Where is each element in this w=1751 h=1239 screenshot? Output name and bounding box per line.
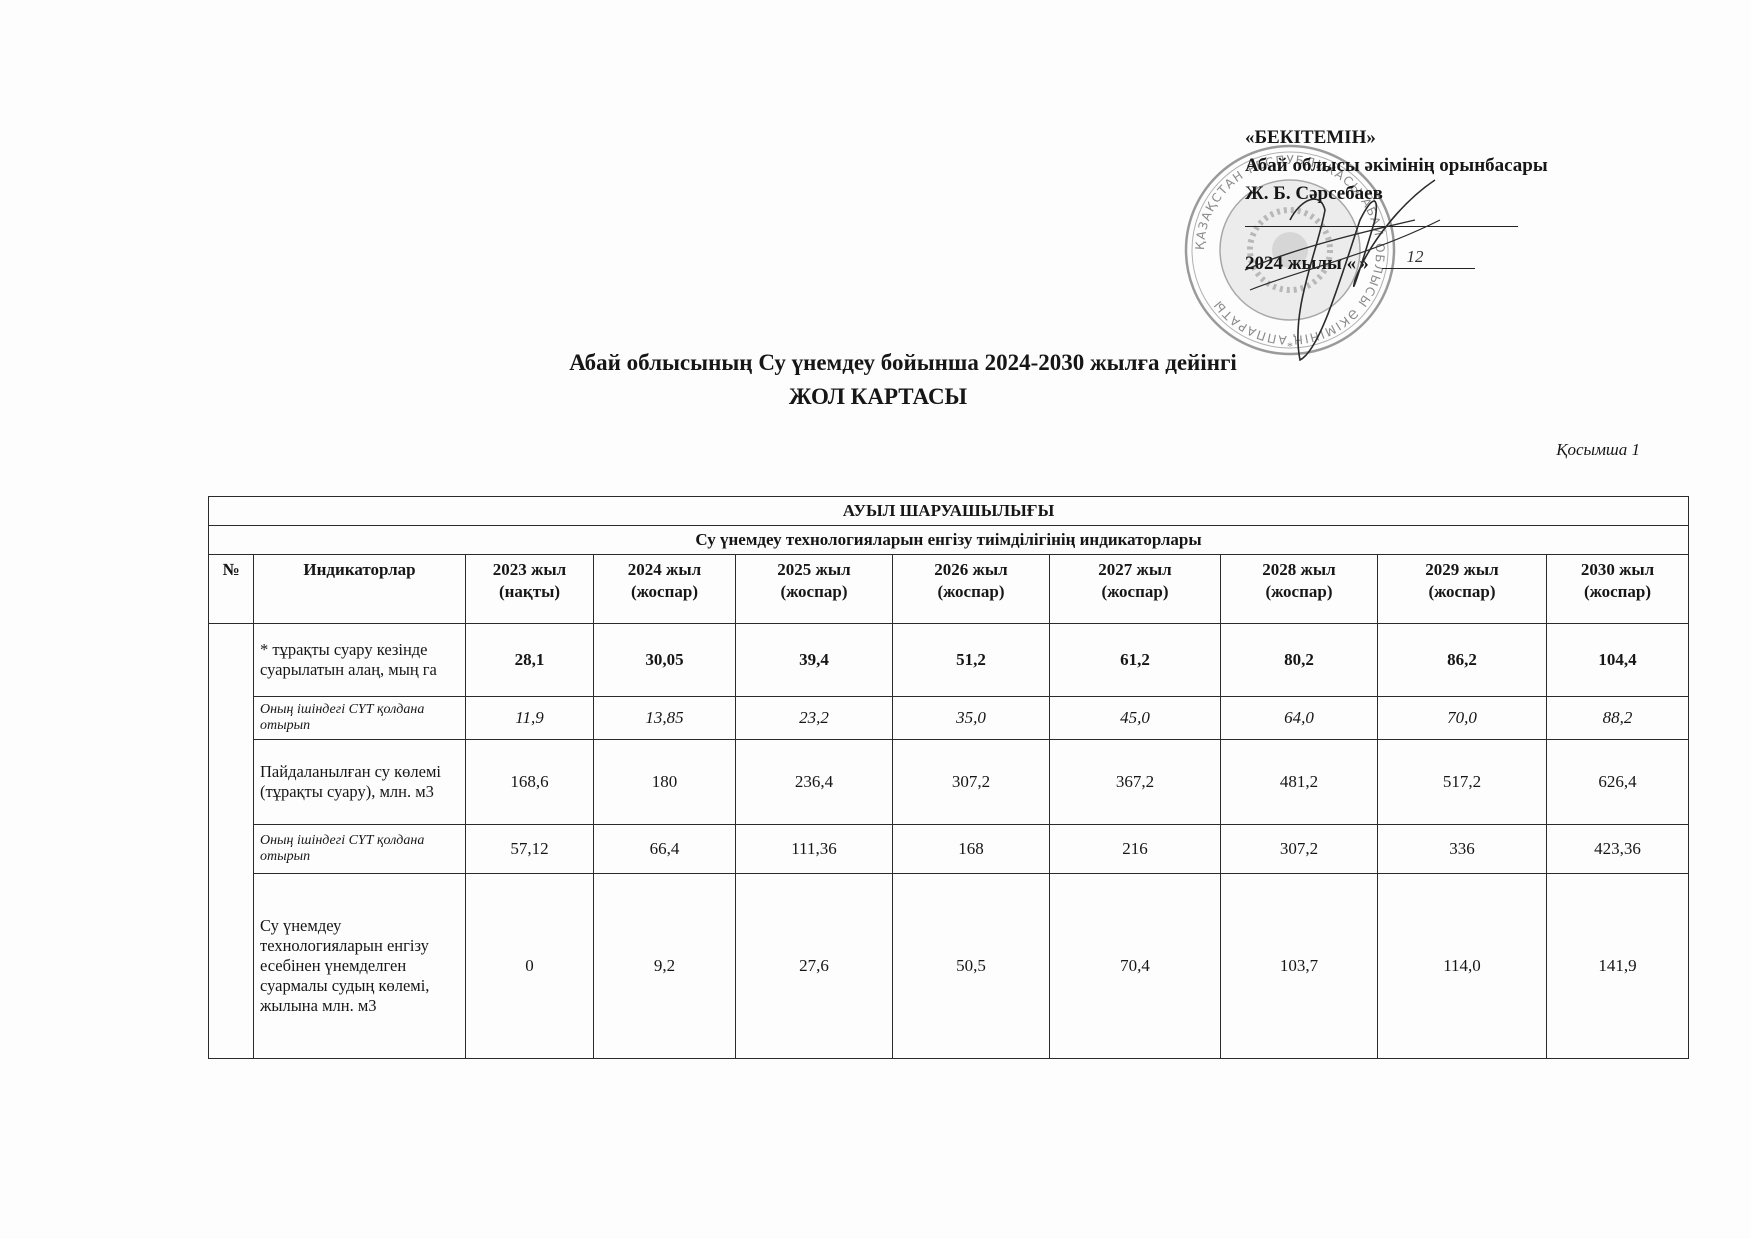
annex-label: Қосымша 1 [1556,440,1640,460]
section-heading: АУЫЛ ШАРУАШЫЛЫҒЫ [209,497,1689,526]
value-cell: 0 [466,874,594,1059]
value-cell: 307,2 [1221,825,1378,874]
value-cell: 70,4 [1050,874,1221,1059]
approval-date: 2024 жылы « » 12 [1245,250,1475,275]
value-cell: 423,36 [1547,825,1689,874]
value-cell: 114,0 [1378,874,1547,1059]
header-row: № Индикаторлар 2023 жыл(нақты) 2024 жыл(… [209,555,1689,624]
value-cell: 104,4 [1547,624,1689,697]
date-month-blank: 12 [1382,250,1475,269]
indicator-cell: Оның ішіндегі СҮТ қолдана отырып [254,825,466,874]
header-year: 2030 жыл(жоспар) [1547,555,1689,624]
value-cell: 168,6 [466,740,594,825]
approver-name: Ж. Б. Сәрсебаев [1245,180,1535,208]
value-cell: 61,2 [1050,624,1221,697]
value-cell: 27,6 [736,874,893,1059]
title-line-2: ЖОЛ КАРТАСЫ [0,380,1751,414]
indicator-cell: Пайдаланылған су көлемі (тұрақты суару),… [254,740,466,825]
value-cell: 481,2 [1221,740,1378,825]
value-cell: 180 [594,740,736,825]
header-num: № [209,555,254,624]
table-row: Пайдаланылған су көлемі (тұрақты суару),… [209,740,1689,825]
header-year: 2025 жыл(жоспар) [736,555,893,624]
value-cell: 307,2 [893,740,1050,825]
table-row: * тұрақты суару кезінде суарылатын алаң,… [209,624,1689,697]
value-cell: 80,2 [1221,624,1378,697]
header-year: 2029 жыл(жоспар) [1378,555,1547,624]
table-row: Оның ішіндегі СҮТ қолдана отырып 57,12 6… [209,825,1689,874]
value-cell: 88,2 [1547,697,1689,740]
table-row: Оның ішіндегі СҮТ қолдана отырып 11,9 13… [209,697,1689,740]
value-cell: 86,2 [1378,624,1547,697]
value-cell: 28,1 [466,624,594,697]
value-cell: 103,7 [1221,874,1378,1059]
approval-block: «БЕКІТЕМІН» Абай облысы әкімінің орынбас… [1245,124,1535,208]
subsection-heading: Су үнемдеу технологияларын енгізу тиімді… [209,526,1689,555]
value-cell: 30,05 [594,624,736,697]
row-number-cell [209,624,254,1059]
indicator-cell: Су үнемдеу технологияларын енгізу есебін… [254,874,466,1059]
value-cell: 11,9 [466,697,594,740]
value-cell: 66,4 [594,825,736,874]
value-cell: 13,85 [594,697,736,740]
approver-position: Абай облысы әкімінің орынбасары [1245,152,1535,180]
value-cell: 70,0 [1378,697,1547,740]
date-prefix: 2024 жылы « [1245,253,1356,274]
header-year: 2028 жыл(жоспар) [1221,555,1378,624]
value-cell: 9,2 [594,874,736,1059]
value-cell: 57,12 [466,825,594,874]
indicators-table: АУЫЛ ШАРУАШЫЛЫҒЫ Су үнемдеу технологияла… [208,496,1689,1059]
value-cell: 35,0 [893,697,1050,740]
header-year: 2023 жыл(нақты) [466,555,594,624]
header-year: 2024 жыл(жоспар) [594,555,736,624]
value-cell: 39,4 [736,624,893,697]
value-cell: 626,4 [1547,740,1689,825]
signature-line [1245,226,1518,227]
value-cell: 236,4 [736,740,893,825]
indicator-cell: * тұрақты суару кезінде суарылатын алаң,… [254,624,466,697]
table-row: Су үнемдеу технологияларын енгізу есебін… [209,874,1689,1059]
indicator-cell: Оның ішіндегі СҮТ қолдана отырып [254,697,466,740]
value-cell: 517,2 [1378,740,1547,825]
header-year: 2026 жыл(жоспар) [893,555,1050,624]
title-line-1: Абай облысының Су үнемдеу бойынша 2024-2… [0,346,1751,380]
value-cell: 64,0 [1221,697,1378,740]
date-suffix: » [1359,253,1369,274]
header-indicator: Индикаторлар [254,555,466,624]
value-cell: 23,2 [736,697,893,740]
document-title: Абай облысының Су үнемдеу бойынша 2024-2… [0,346,1751,414]
value-cell: 336 [1378,825,1547,874]
value-cell: 50,5 [893,874,1050,1059]
value-cell: 51,2 [893,624,1050,697]
value-cell: 216 [1050,825,1221,874]
value-cell: 45,0 [1050,697,1221,740]
date-month: 12 [1407,247,1424,267]
value-cell: 141,9 [1547,874,1689,1059]
approval-heading: «БЕКІТЕМІН» [1245,124,1535,152]
value-cell: 168 [893,825,1050,874]
header-year: 2027 жыл(жоспар) [1050,555,1221,624]
value-cell: 111,36 [736,825,893,874]
value-cell: 367,2 [1050,740,1221,825]
